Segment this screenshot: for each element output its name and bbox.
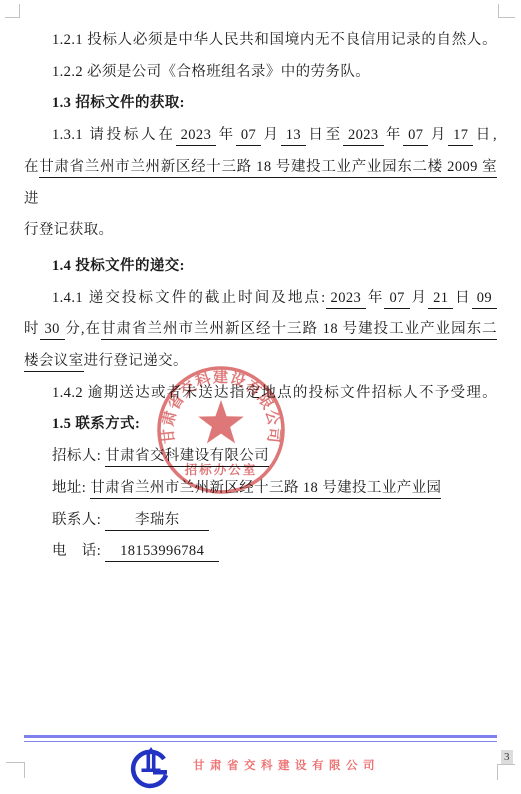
clause-1-2-2: 1.2.2 必须是公司《合格班组名录》中的劳务队。 <box>24 57 497 89</box>
page-number: 3 <box>501 750 513 764</box>
company-logo-icon <box>129 746 173 790</box>
heading-1-3: 1.3 招标文件的获取: <box>24 88 497 120</box>
phone-value: 18153996784 <box>105 543 219 562</box>
clause-1-3-1-line-3: 行登记获取。 <box>24 215 497 247</box>
clause-1-3-1-line-2: 在甘肃省兰州市兰州新区经十三路 18 号建投工业产业园东二楼 2009 室进 <box>24 152 497 215</box>
bidder-value: 甘肃省交科建设有限公司 <box>105 448 269 467</box>
crop-mark-top-left <box>5 4 20 18</box>
clause-1-4-1-line-3: 楼会议室进行登记递交。 <box>24 346 497 378</box>
clause-1-4-1-line-1: 1.4.1 递交投标文件的截止时间及地点:2023年07月21日09 <box>24 283 497 315</box>
document-page: 1.2.1 投标人必须是中华人民共和国境内无不良信用记录的自然人。 1.2.2 … <box>0 0 521 794</box>
phone-label: 电 话: <box>52 543 101 559</box>
contact-person-row: 联系人: 李瑞东 <box>24 505 497 537</box>
clause-1-3-1: 1.3.1 请投标人在2023年07月13日至2023年07月17日, 在甘肃省… <box>24 120 497 247</box>
clause-1-4-1-line-2: 时30分,在甘肃省兰州市兰州新区经十三路 18 号建投工业产业园东二 <box>24 314 497 346</box>
clause-1-4-1: 1.4.1 递交投标文件的截止时间及地点:2023年07月21日09 时30分,… <box>24 283 497 378</box>
crop-mark-bottom-right <box>497 764 515 780</box>
heading-1-5: 1.5 联系方式: <box>24 409 497 441</box>
clause-1-3-1-line-1: 1.3.1 请投标人在2023年07月13日至2023年07月17日, <box>24 120 497 152</box>
person-value: 李瑞东 <box>105 512 209 531</box>
bidder-label: 招标人: <box>52 448 101 464</box>
contact-address-row: 地址: 甘肃省兰州市兰州新区经十三路 18 号建投工业产业园 <box>24 473 497 505</box>
footer-company-name: 甘肃省交科建设有限公司 <box>193 757 380 773</box>
document-body: 1.2.1 投标人必须是中华人民共和国境内无不良信用记录的自然人。 1.2.2 … <box>24 25 497 568</box>
heading-1-4: 1.4 投标文件的递交: <box>24 251 497 283</box>
crop-mark-bottom-left <box>6 762 25 778</box>
clause-1-4-2: 1.4.2 逾期送达或者未送达指定地点的投标文件招标人不予受理。 <box>24 378 497 410</box>
address-value: 甘肃省兰州市兰州新区经十三路 18 号建投工业产业园 <box>90 480 441 499</box>
person-label: 联系人: <box>52 512 101 528</box>
contact-bidder-row: 招标人: 甘肃省交科建设有限公司 <box>24 441 497 473</box>
footer-divider-rule <box>24 735 497 742</box>
clause-1-2-1: 1.2.1 投标人必须是中华人民共和国境内无不良信用记录的自然人。 <box>24 25 497 57</box>
address-label: 地址: <box>52 480 86 496</box>
crop-mark-top-right <box>498 4 515 18</box>
contact-phone-row: 电 话: 18153996784 <box>24 536 497 568</box>
